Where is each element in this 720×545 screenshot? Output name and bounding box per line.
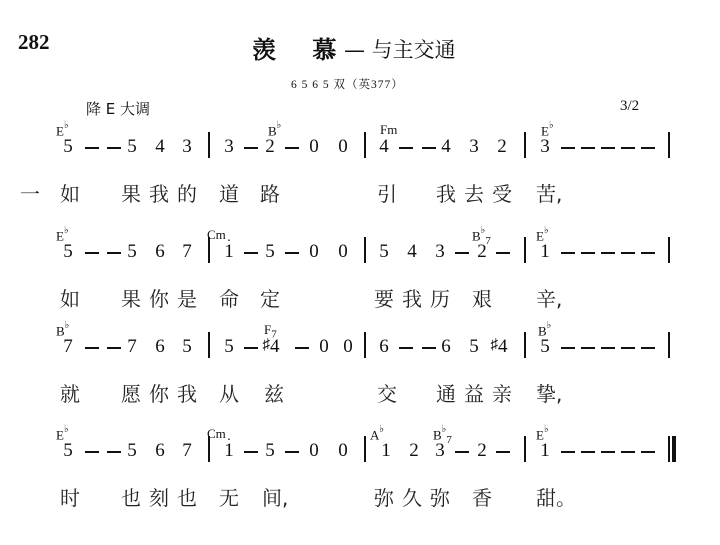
lyric-syllable: 历 [430, 283, 450, 312]
note: 0 [304, 136, 324, 158]
extension-dash [285, 147, 299, 149]
note: 3 [430, 241, 450, 263]
extension-dash [641, 147, 655, 149]
flat-icon: ♭ [64, 424, 69, 435]
extension-dash [244, 451, 258, 453]
note-value: 1 [381, 440, 391, 461]
flat-icon: ♭ [544, 225, 549, 236]
lyric-syllable: 益 [464, 378, 484, 407]
time-signature: 3/2 [620, 98, 639, 115]
barline [364, 332, 366, 358]
flat-icon: ♭ [277, 120, 282, 131]
score-system: E♭B♭FmE♭5543320044323一如果我的道路引我去受苦, [0, 122, 720, 222]
note: ♯4 [486, 336, 512, 358]
extension-dash [85, 147, 99, 149]
hymn-number: 282 [18, 30, 50, 55]
lyric-syllable: 刻 [149, 482, 169, 511]
note-value: 7 [127, 336, 137, 357]
note-value: 5 [469, 336, 479, 357]
note-value: 3 [435, 440, 445, 461]
barline [364, 132, 366, 158]
extension-dash [561, 147, 575, 149]
extension-dash [244, 347, 258, 349]
extension-dash [244, 147, 258, 149]
note: 0 [314, 336, 334, 358]
lyric-syllable: 如 [60, 178, 80, 207]
thin-line [668, 436, 670, 462]
note-value: 5 [63, 440, 73, 461]
note: 5 [535, 336, 555, 358]
note-value: 0 [338, 440, 348, 461]
note: 1 [535, 241, 555, 263]
extension-dash [107, 347, 121, 349]
lyric-syllable: 引 [377, 178, 397, 207]
note-value: 5 [379, 241, 389, 262]
extension-dash [455, 451, 469, 453]
note: 2 [492, 136, 512, 158]
extension-dash [85, 252, 99, 254]
lyric-syllable: 一 [20, 178, 40, 207]
flat-icon: ♭ [65, 320, 70, 331]
octave-dot-icon: · [219, 237, 239, 247]
extension-dash [581, 252, 595, 254]
extension-dash [601, 147, 615, 149]
extension-dash [496, 252, 510, 254]
lyric-syllable: 辛, [536, 283, 562, 312]
lyric-syllable: 交 [377, 378, 397, 407]
note: 5 [464, 336, 484, 358]
note: 0 [333, 241, 353, 263]
note-value: 5 [265, 440, 275, 461]
note: 0 [304, 241, 324, 263]
note-value: 0 [343, 336, 353, 357]
note: 5 [260, 440, 280, 462]
sharp-icon: ♯ [491, 337, 499, 353]
note-value: 5 [540, 336, 550, 357]
lyric-syllable: 我 [149, 178, 169, 207]
note: 1· [219, 241, 239, 263]
barline [364, 237, 366, 263]
lyric-syllable: 路 [260, 178, 280, 207]
note-value: 5 [127, 241, 137, 262]
note: 1· [219, 440, 239, 462]
note-value: 6 [441, 336, 451, 357]
note-value: 5 [224, 336, 234, 357]
note: 2 [472, 241, 492, 263]
note: 5 [58, 440, 78, 462]
note-value: 5 [63, 136, 73, 157]
note: 4 [150, 136, 170, 158]
note-value: 1 [540, 440, 550, 461]
extension-dash [621, 252, 635, 254]
note-value: 5 [265, 241, 275, 262]
note: 3 [219, 136, 239, 158]
flat-icon: ♭ [64, 225, 69, 236]
lyric-syllable: 定 [260, 283, 280, 312]
lyric-syllable: 艰 [472, 283, 492, 312]
extension-dash [107, 451, 121, 453]
note: 1 [376, 440, 396, 462]
lyric-syllable: 要 [374, 283, 394, 312]
extension-dash [422, 347, 436, 349]
note: 7 [177, 241, 197, 263]
note: 2 [404, 440, 424, 462]
key-signature: 降 E 大调 [86, 98, 150, 119]
lyric-syllable: 你 [149, 378, 169, 407]
note: 2 [472, 440, 492, 462]
extension-dash [561, 451, 575, 453]
flat-icon: ♭ [481, 225, 486, 236]
extension-dash [601, 451, 615, 453]
note: 6 [436, 336, 456, 358]
note-value: 4 [270, 336, 280, 357]
note: 0 [333, 440, 353, 462]
extension-dash [641, 451, 655, 453]
note: 4 [402, 241, 422, 263]
note: 3 [464, 136, 484, 158]
extension-dash [621, 347, 635, 349]
note: 7 [122, 336, 142, 358]
note-value: 0 [309, 440, 319, 461]
note-value: 6 [155, 241, 165, 262]
flat-icon: ♭ [544, 424, 549, 435]
final-barline [668, 436, 676, 462]
note-value: 6 [155, 336, 165, 357]
note: 3 [177, 136, 197, 158]
barline [668, 132, 670, 158]
note-value: 6 [155, 440, 165, 461]
note: 0 [338, 336, 358, 358]
note: 5 [58, 241, 78, 263]
thick-line [672, 436, 676, 462]
note-value: 4 [498, 336, 508, 357]
note-value: 2 [409, 440, 419, 461]
note-value: 2 [477, 440, 487, 461]
note-value: 5 [127, 136, 137, 157]
flat-icon: ♭ [442, 424, 447, 435]
lyric-syllable: 兹 [264, 378, 284, 407]
extension-dash [422, 147, 436, 149]
flat-icon: ♭ [547, 320, 552, 331]
note-value: 5 [182, 336, 192, 357]
note-value: 3 [224, 136, 234, 157]
meter-info: 6 5 6 5 双（英377） [291, 76, 404, 92]
note: 7 [58, 336, 78, 358]
extension-dash [621, 451, 635, 453]
extension-dash [455, 252, 469, 254]
note-value: 5 [63, 241, 73, 262]
note: 2 [260, 136, 280, 158]
lyric-syllable: 久 [402, 482, 422, 511]
lyric-syllable: 果 [121, 283, 141, 312]
note-value: 5 [127, 440, 137, 461]
lyric-syllable: 受 [492, 178, 512, 207]
note: 1 [535, 440, 555, 462]
note-value: 3 [182, 136, 192, 157]
note: 3 [535, 136, 555, 158]
note: 6 [374, 336, 394, 358]
lyric-syllable: 通 [436, 378, 456, 407]
note: 5 [122, 440, 142, 462]
flat-icon: ♭ [379, 424, 384, 435]
note: ♯4 [258, 336, 284, 358]
sharp-icon: ♯ [263, 337, 271, 353]
note-value: 0 [309, 136, 319, 157]
note-value: 0 [338, 136, 348, 157]
note-value: 0 [309, 241, 319, 262]
barline [208, 132, 210, 158]
note: 5 [122, 136, 142, 158]
barline [524, 237, 526, 263]
lyric-syllable: 时 [60, 482, 80, 511]
note-value: 0 [319, 336, 329, 357]
chord-root: Fm [380, 122, 397, 137]
lyric-syllable: 弥 [430, 482, 450, 511]
note-value: 3 [540, 136, 550, 157]
note-value: 3 [469, 136, 479, 157]
extension-dash [399, 147, 413, 149]
extension-dash [601, 252, 615, 254]
hymn-subtitle: — 与主交通 [344, 34, 456, 64]
extension-dash [285, 252, 299, 254]
lyric-syllable: 甜。 [536, 482, 576, 511]
lyric-syllable: 间, [262, 482, 288, 511]
extension-dash [581, 347, 595, 349]
barline [524, 436, 526, 462]
note-value: 7 [182, 440, 192, 461]
extension-dash [581, 451, 595, 453]
lyric-syllable: 从 [219, 378, 239, 407]
note: 0 [333, 136, 353, 158]
octave-dot-icon: · [219, 436, 239, 446]
extension-dash [399, 347, 413, 349]
lyric-syllable: 命 [219, 283, 239, 312]
barline [208, 332, 210, 358]
note: 6 [150, 336, 170, 358]
extension-dash [561, 347, 575, 349]
lyric-syllable: 我 [436, 178, 456, 207]
note-value: 2 [477, 241, 487, 262]
note-value: 6 [379, 336, 389, 357]
extension-dash [561, 252, 575, 254]
note-value: 3 [435, 241, 445, 262]
score-system: B♭F7B♭77655♯400665♯45就愿你我从兹交通益亲挚, [0, 322, 720, 422]
extension-dash [601, 347, 615, 349]
note: 5 [177, 336, 197, 358]
barline [668, 237, 670, 263]
lyric-syllable: 亲 [492, 378, 512, 407]
extension-dash [641, 347, 655, 349]
lyric-syllable: 愿 [121, 378, 141, 407]
extension-dash [107, 252, 121, 254]
barline [524, 332, 526, 358]
lyric-syllable: 无 [219, 482, 239, 511]
note: 7 [177, 440, 197, 462]
note-value: 7 [63, 336, 73, 357]
note-value: 0 [338, 241, 348, 262]
extension-dash [621, 147, 635, 149]
score-system: E♭CmA♭B♭7E♭55671·50012321时也刻也无间,弥久弥香甜。 [0, 426, 720, 526]
note-value: 4 [379, 136, 389, 157]
note: 4 [374, 136, 394, 158]
flat-icon: ♭ [64, 120, 69, 131]
note: 5 [58, 136, 78, 158]
extension-dash [496, 451, 510, 453]
barline [208, 436, 210, 462]
lyric-syllable: 去 [464, 178, 484, 207]
lyric-syllable: 是 [177, 283, 197, 312]
extension-dash [244, 252, 258, 254]
note: 6 [150, 241, 170, 263]
barline [524, 132, 526, 158]
lyric-syllable: 的 [177, 178, 197, 207]
score-system: E♭CmB♭7E♭55671·50054321如果你是命定要我历艰辛, [0, 227, 720, 327]
lyric-syllable: 果 [121, 178, 141, 207]
extension-dash [641, 252, 655, 254]
lyric-syllable: 道 [219, 178, 239, 207]
lyric-syllable: 如 [60, 283, 80, 312]
note: 5 [122, 241, 142, 263]
lyric-syllable: 我 [177, 378, 197, 407]
note: 6 [150, 440, 170, 462]
note-value: 2 [497, 136, 507, 157]
note: 5 [219, 336, 239, 358]
extension-dash [295, 347, 309, 349]
note-value: 1 [540, 241, 550, 262]
lyric-syllable: 你 [149, 283, 169, 312]
note-value: 4 [155, 136, 165, 157]
note-value: 4 [441, 136, 451, 157]
note-value: 7 [182, 241, 192, 262]
lyric-syllable: 弥 [374, 482, 394, 511]
lyric-syllable: 也 [121, 482, 141, 511]
note-value: 2 [265, 136, 275, 157]
lyric-syllable: 就 [60, 378, 80, 407]
extension-dash [285, 451, 299, 453]
lyric-syllable: 我 [402, 283, 422, 312]
note: 0 [304, 440, 324, 462]
lyric-syllable: 挚, [536, 378, 562, 407]
extension-dash [581, 147, 595, 149]
note: 4 [436, 136, 456, 158]
barline [364, 436, 366, 462]
extension-dash [107, 147, 121, 149]
note: 5 [374, 241, 394, 263]
lyric-syllable: 苦, [536, 178, 562, 207]
barline [208, 237, 210, 263]
flat-icon: ♭ [549, 120, 554, 131]
lyric-syllable: 也 [177, 482, 197, 511]
extension-dash [85, 451, 99, 453]
note-value: 4 [407, 241, 417, 262]
note: 5 [260, 241, 280, 263]
extension-dash [85, 347, 99, 349]
hymn-title: 羡 慕 [252, 30, 350, 65]
barline [668, 332, 670, 358]
note: 3 [430, 440, 450, 462]
lyric-syllable: 香 [472, 482, 492, 511]
